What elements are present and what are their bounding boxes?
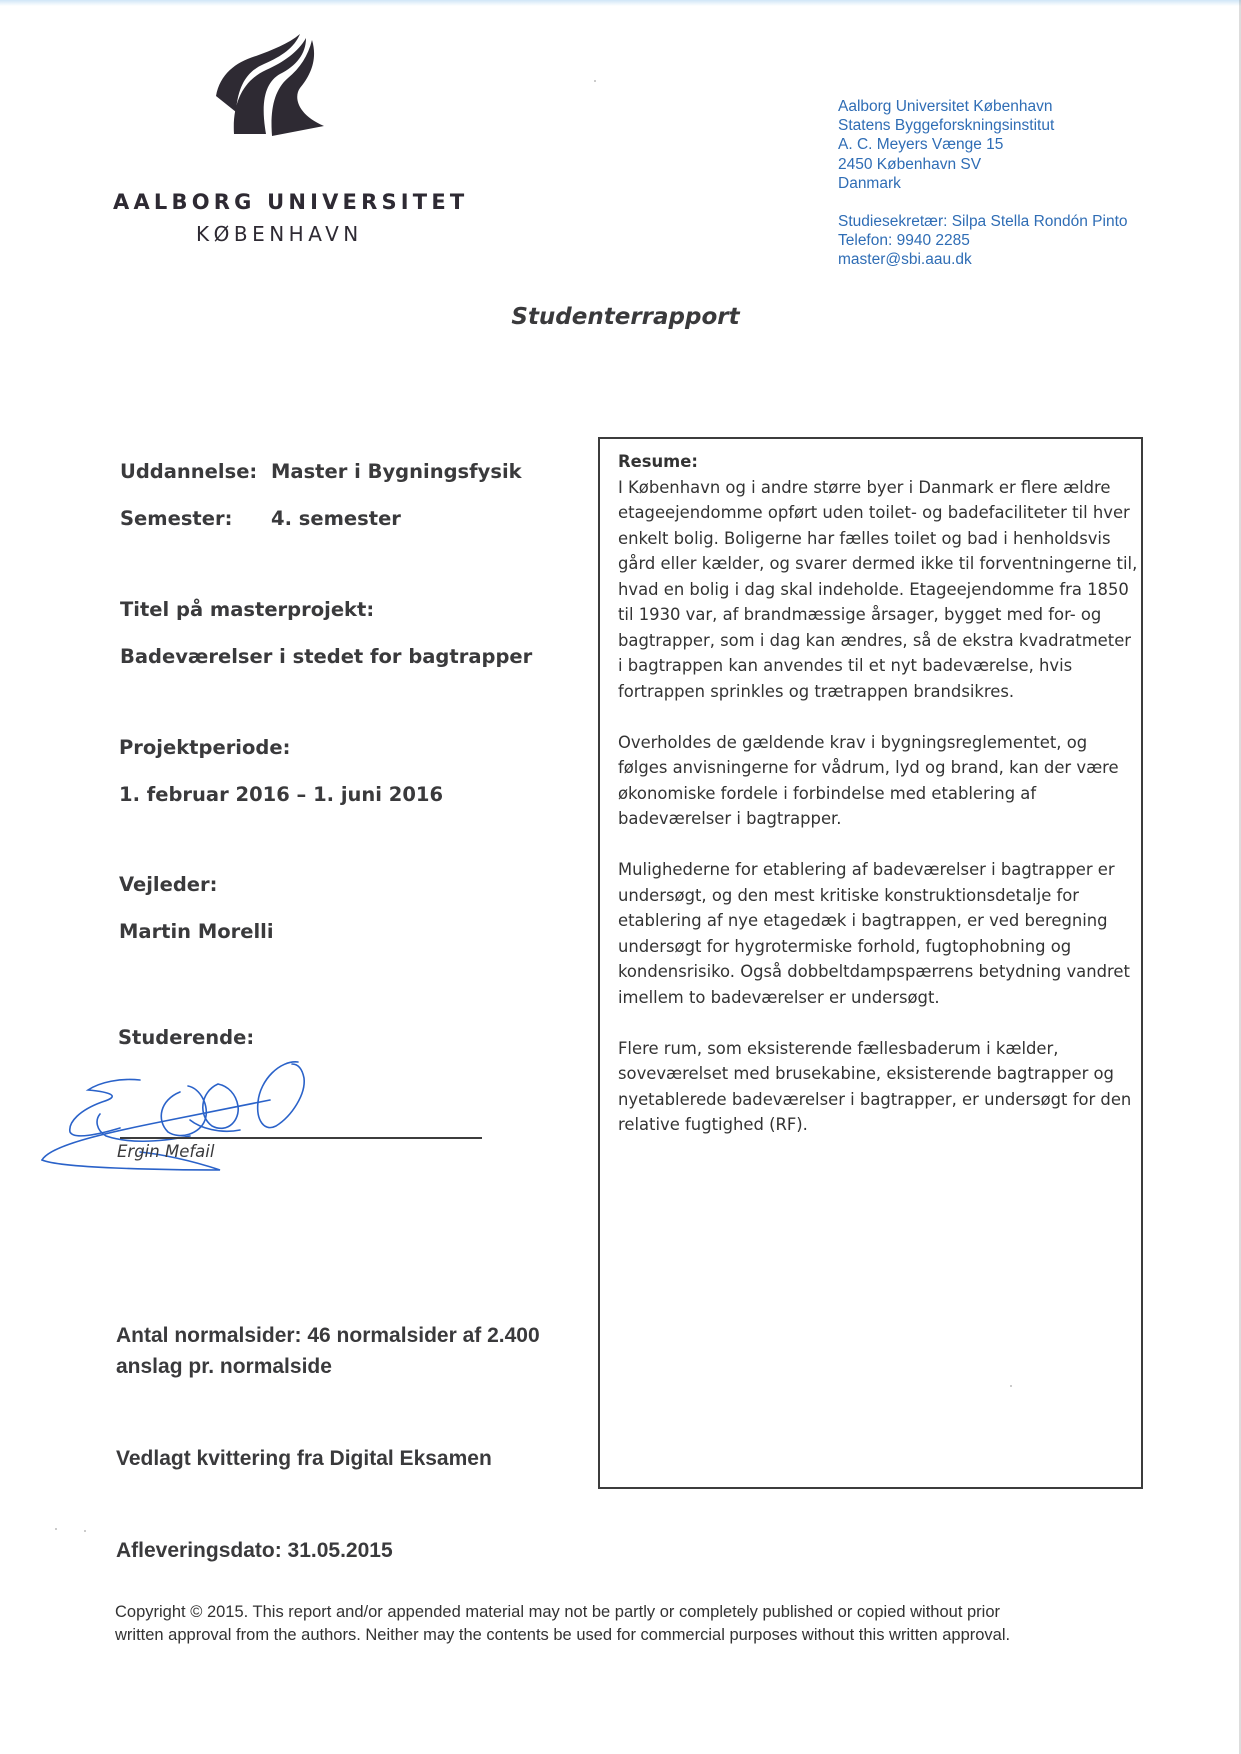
student-name: Ergin Mefail — [117, 1142, 214, 1161]
email-link[interactable]: master@sbi.aau.dk — [838, 250, 1128, 269]
education-value: Master i Bygningsfysik — [271, 460, 522, 483]
resume-paragraph: Flere rum, som eksisterende fællesbaderu… — [618, 1036, 1138, 1138]
scan-speck — [594, 80, 596, 82]
address-line: Statens Byggeforskningsinstitut — [838, 116, 1128, 135]
semester-label: Semester: — [120, 507, 232, 530]
scan-speck — [55, 1528, 57, 1530]
normal-pages-line2: anslag pr. normalside — [116, 1355, 332, 1379]
resume-content: Resume: I København og i andre større by… — [618, 449, 1138, 1163]
period-value: 1. februar 2016 – 1. juni 2016 — [119, 783, 443, 806]
address-line: 2450 København SV — [838, 155, 1128, 174]
aau-waves-logo-icon — [214, 34, 334, 138]
student-label: Studerende: — [118, 1026, 254, 1049]
signature-line — [120, 1137, 482, 1139]
project-title-value: Badeværelser i stedet for bagtrapper — [120, 645, 532, 668]
phone-line: Telefon: 9940 2285 — [838, 231, 1128, 250]
copyright-notice: Copyright © 2015. This report and/or app… — [115, 1601, 1115, 1647]
copyright-line: written approval from the authors. Neith… — [115, 1624, 1115, 1647]
resume-paragraph: I København og i andre større byer i Dan… — [618, 475, 1138, 705]
university-city: KØBENHAVN — [196, 222, 363, 246]
supervisor-label: Vejleder: — [119, 873, 217, 896]
normal-pages-line1: Antal normalsider: 46 normalsider af 2.4… — [116, 1324, 540, 1348]
scan-speck — [84, 1530, 86, 1532]
receipt-note: Vedlagt kvittering fra Digital Eksamen — [116, 1447, 492, 1471]
secretary-line: Studiesekretær: Silpa Stella Rondón Pint… — [838, 212, 1128, 231]
copyright-line: Copyright © 2015. This report and/or app… — [115, 1601, 1115, 1624]
address-line: Aalborg Universitet København — [838, 97, 1128, 116]
address-line: A. C. Meyers Vænge 15 — [838, 135, 1128, 154]
resume-paragraph: Overholdes de gældende krav i bygningsre… — [618, 730, 1138, 832]
scan-speck — [1010, 1385, 1012, 1387]
period-label: Projektperiode: — [119, 736, 290, 759]
resume-box: Resume: I København og i andre større by… — [598, 437, 1143, 1489]
project-title-label: Titel på masterprojekt: — [120, 598, 374, 621]
scan-edge — [0, 0, 1241, 6]
address-block: Aalborg Universitet København Statens By… — [838, 97, 1128, 270]
address-line: Danmark — [838, 174, 1128, 193]
delivery-date: Afleveringsdato: 31.05.2015 — [116, 1539, 393, 1563]
document-title: Studenterrapport — [0, 304, 1241, 330]
supervisor-value: Martin Morelli — [119, 920, 274, 943]
resume-heading: Resume: — [618, 449, 1138, 475]
semester-value: 4. semester — [271, 507, 401, 530]
education-label: Uddannelse: — [120, 460, 257, 483]
university-name: AALBORG UNIVERSITET — [113, 190, 455, 214]
resume-paragraph: Mulighederne for etablering af badeværel… — [618, 857, 1138, 1010]
